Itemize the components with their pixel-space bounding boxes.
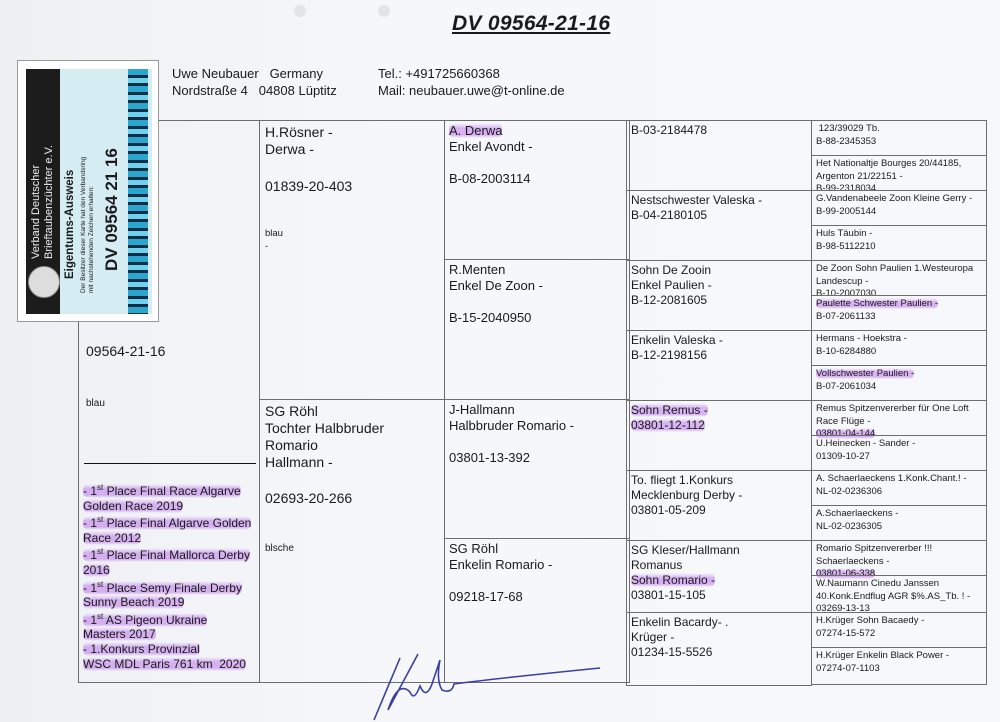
ancestor-text: Huls Täubin - B-98-5112210 [816, 228, 876, 253]
great-grandparent-text: Enkelin Bacardy- . Krüger - 01234-15-552… [631, 615, 728, 660]
sire-ring: 01839-20-403 [265, 178, 352, 195]
owner-mail: Mail: neubauer.uwe@t-online.de [378, 82, 565, 99]
ancestor-cell: W.Naumann Cinedu Janssen 40.Konk.Endflug… [811, 575, 987, 613]
ancestor-text: G.Vandenabeele Zoon Kleine Gerry - B-99-… [816, 193, 972, 218]
ancestor-text: A.Schaerlaeckens - NL-02-0236305 [816, 508, 898, 533]
dam-name: SG Röhl Tochter Halbbruder Romario Hallm… [265, 403, 384, 471]
ancestor-text: W.Naumann Cinedu Janssen 40.Konk.Endflug… [816, 578, 970, 616]
ownership-card: Verband DeutscherBrieftaubenzüchter e.V.… [17, 60, 159, 322]
ancestor-text: 123/39029 Tb. B-88-2345353 [816, 123, 880, 148]
grandparent-text: R.Menten Enkel De Zoon - B-15-2040950 [449, 262, 543, 326]
grandparent-cell: J-Hallmann Halbbruder Romario - 03801-13… [444, 399, 630, 539]
ancestor-cell: Romario Spitzenvererber !!! Schaerlaecke… [811, 540, 987, 576]
subject-ring: 09564-21-16 [86, 343, 165, 360]
separator-line [84, 463, 256, 464]
great-grandparent-text: B-03-2184478 [631, 123, 707, 138]
achievement-line: - 1st Place Final Mallorca Derby [83, 545, 251, 563]
ancestor-cell: H.Krüger Enkelin Black Power - 07274-07-… [811, 647, 987, 685]
pedigree-sheet: DV 09564-21-16 Uwe Neubauer Germany Nord… [0, 0, 1000, 722]
great-grandparent-text: SG Kleser/Hallmann Romanus Sohn Romario … [631, 543, 740, 603]
achievement-line: Golden Race 2019 [83, 499, 251, 514]
punch-hole [378, 5, 390, 17]
achievement-line: - 1st Place Semy Finale Derby [83, 578, 251, 596]
owner-name: Uwe Neubauer Germany [172, 65, 323, 82]
achievement-line: Race 2012 [83, 531, 251, 546]
grandparent-text: J-Hallmann Halbbruder Romario - 03801-13… [449, 402, 574, 466]
great-grandparent-cell: B-03-2184478 [626, 120, 812, 191]
grandparent-cell: A. Derwa Enkel Avondt - B-08-2003114 [444, 120, 630, 260]
ancestor-cell: A.Schaerlaeckens - NL-02-0236305 [811, 505, 987, 541]
dam-ring: 02693-20-266 [265, 490, 352, 507]
achievement-line: - 1st Place Final Race Algarve [83, 481, 251, 499]
ancestor-text: H.Krüger Sohn Bacaedy - 07274-15-572 [816, 615, 924, 640]
great-grandparent-cell: To. fliegt 1.Konkurs Mecklenburg Derby -… [626, 470, 812, 541]
ancestor-cell: A. Schaerlaeckens 1.Konk.Chant.! - NL-02… [811, 470, 987, 506]
dam-color: blsche [265, 542, 294, 555]
ancestor-cell: Vollschwester Paulien - B-07-2061034 [811, 365, 987, 401]
grandparent-text: SG Röhl Enkelin Romario - 09218-17-68 [449, 541, 552, 605]
pigeon-logo-icon [28, 266, 60, 298]
ancestor-cell: U.Heinecken - Sander - 01309-10-27 [811, 435, 987, 471]
ancestor-cell: Het Nationaltje Bourges 20/44185, Argent… [811, 155, 987, 191]
ancestor-cell: De Zoon Sohn Paulien 1.Westeuropa Landes… [811, 260, 987, 296]
achievement-line: Sunny Beach 2019 [83, 595, 251, 610]
ancestor-text: U.Heinecken - Sander - 01309-10-27 [816, 438, 915, 463]
ancestor-text: H.Krüger Enkelin Black Power - 07274-07-… [816, 650, 949, 675]
achievement-line: WSC MDL Paris 761 km 2020 [83, 657, 251, 672]
ancestor-text: A. Schaerlaeckens 1.Konk.Chant.! - NL-02… [816, 473, 967, 498]
ancestor-cell: Hermans - Hoekstra - B-10-6284880 [811, 330, 987, 366]
grandparent-cell: R.Menten Enkel De Zoon - B-15-2040950 [444, 259, 630, 400]
card-pattern-stripe [128, 69, 148, 314]
signature [370, 650, 600, 722]
great-grandparent-cell: SG Kleser/Hallmann Romanus Sohn Romario … [626, 540, 812, 613]
owner-address: Nordstraße 4 04808 Lüptitz [172, 82, 337, 99]
sire-cell: H.Rösner - Derwa - 01839-20-403 blau - [259, 120, 445, 400]
subject-color: blau [86, 397, 105, 410]
ancestor-cell: Huls Täubin - B-98-5112210 [811, 225, 987, 261]
ancestor-cell: G.Vandenabeele Zoon Kleine Gerry - B-99-… [811, 190, 987, 226]
great-grandparent-cell: Nestschwester Valeska - B-04-2180105 [626, 190, 812, 261]
ancestor-cell: Paulette Schwester Paulien - B-07-206113… [811, 295, 987, 331]
ancestor-cell: H.Krüger Sohn Bacaedy - 07274-15-572 [811, 612, 987, 648]
achievement-line: - 1st AS Pigeon Ukraine [83, 610, 251, 628]
page-title: DV 09564-21-16 [452, 12, 610, 36]
card-ring-number: DV 09564 21 16 [102, 148, 122, 271]
ancestor-cell: 123/39029 Tb. B-88-2345353 [811, 120, 987, 156]
great-grandparent-text: Enkelin Valeska - B-12-2198156 [631, 333, 723, 363]
sire-color: blau - [265, 228, 283, 253]
ancestor-text: Paulette Schwester Paulien - B-07-206113… [816, 298, 938, 323]
great-grandparent-cell: Enkelin Bacardy- . Krüger - 01234-15-552… [626, 612, 812, 686]
card-heading: Eigentums-Ausweis [64, 170, 76, 279]
great-grandparent-text: Nestschwester Valeska - B-04-2180105 [631, 193, 762, 223]
great-grandparent-cell: Sohn De Zooin Enkel Paulien - B-12-20816… [626, 260, 812, 331]
achievement-line: - 1.Konkurs Provinzial [83, 642, 251, 657]
grandparent-text: A. Derwa Enkel Avondt - B-08-2003114 [449, 123, 533, 187]
great-grandparent-cell: Enkelin Valeska - B-12-2198156 [626, 330, 812, 401]
ancestor-text: Vollschwester Paulien - B-07-2061034 [816, 368, 914, 393]
punch-hole [294, 5, 306, 17]
achievements-list: - 1st Place Final Race AlgarveGolden Rac… [83, 481, 251, 671]
great-grandparent-cell: Sohn Remus - 03801-12-112 [626, 400, 812, 471]
owner-phone: Tel.: +491725660368 [378, 65, 500, 82]
achievement-line: Masters 2017 [83, 627, 251, 642]
ancestor-text: Hermans - Hoekstra - B-10-6284880 [816, 333, 907, 358]
achievement-line: 2016 [83, 563, 251, 578]
great-grandparent-text: Sohn Remus - 03801-12-112 [631, 403, 708, 433]
sire-name: H.Rösner - Derwa - [265, 124, 333, 158]
great-grandparent-text: Sohn De Zooin Enkel Paulien - B-12-20816… [631, 263, 712, 308]
dam-cell: SG Röhl Tochter Halbbruder Romario Hallm… [259, 399, 445, 683]
card-small-text: Der Besitzer dieser Karte hat den Verban… [80, 157, 96, 293]
ancestor-cell: Remus Spitzenvererber für One Loft Race … [811, 400, 987, 436]
card-org: Verband DeutscherBrieftaubenzüchter e.V. [30, 145, 56, 259]
great-grandparent-text: To. fliegt 1.Konkurs Mecklenburg Derby -… [631, 473, 742, 518]
achievement-line: - 1st Place Final Algarve Golden [83, 513, 251, 531]
